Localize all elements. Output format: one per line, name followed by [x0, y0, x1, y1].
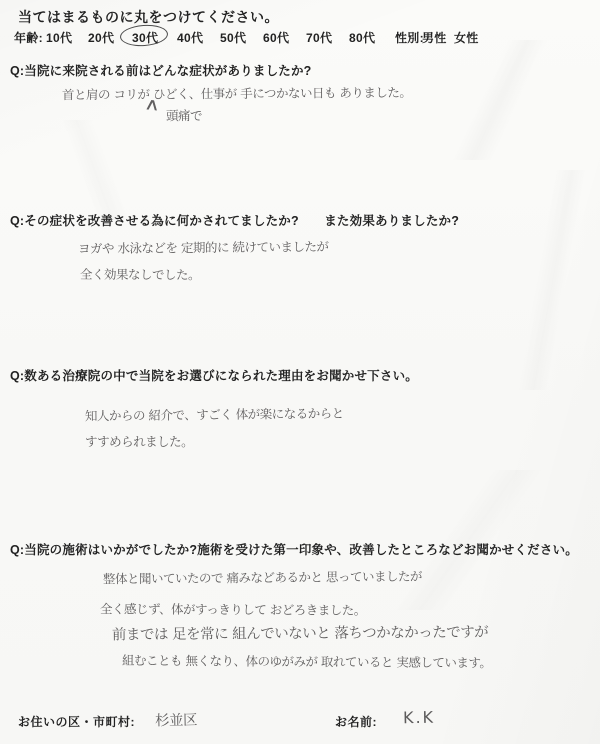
answer-1-handwritten-line-1: 首と肩の コリが ひどく、仕事が 手につかない日も ありました。 — [62, 84, 412, 104]
residence-label: お住いの区・市町村: — [18, 713, 135, 730]
answer-3-handwritten-line-2: すすめられました。 — [85, 433, 193, 451]
age-label: 年齢: — [14, 29, 43, 46]
answer-3-handwritten-line-1: 知人からの 紹介で、すごく 体が楽になるからと — [85, 405, 344, 426]
age-option-10s: 10代 — [46, 29, 72, 46]
answer-2-handwritten-line-2: 全く効果なしでした。 — [80, 266, 200, 285]
question-1-label: Q:当院に来院される前はどんな症状がありましたか? — [10, 61, 312, 79]
age-option-70s: 70代 — [306, 29, 332, 46]
paper-crease — [500, 170, 600, 390]
age-option-80s: 80代 — [349, 29, 375, 46]
scanned-questionnaire-form: 当てはまるものに丸をつけてください。 年齢: 10代 20代 30代 40代 5… — [0, 0, 600, 744]
insertion-caret-mark: ∧ — [143, 94, 161, 116]
answer-4-handwritten-line-3: 前までは 足を常に 組んでいないと 落ちつかなかったですが — [112, 624, 488, 645]
answer-1-insertion-text: 頭痛で — [166, 107, 202, 125]
name-label: お名前: — [335, 713, 377, 730]
paper-crease — [400, 40, 600, 160]
paper-crease — [0, 120, 180, 220]
age-option-60s: 60代 — [263, 29, 289, 46]
age-option-50s: 50代 — [220, 29, 246, 46]
question-2-label: Q:その症状を改善させる為に何かされてましたか? また効果ありましたか? — [10, 211, 459, 229]
answer-4-handwritten-line-1: 整体と聞いていたので 痛みなどあるかと 思っていましたが — [103, 568, 422, 589]
age-option-30s: 30代 — [132, 29, 158, 46]
gender-option-female: 女性 — [454, 29, 479, 46]
answer-4-handwritten-line-4: 組むことも 無くなり、体のゆがみが 取れていると 実感しています。 — [122, 652, 492, 673]
question-4-label: Q:当院の施術はいかがでしたか?施術を受けた第一印象や、改善したところなどお聞か… — [10, 540, 578, 558]
answer-4-handwritten-line-2: 全く感じず、体がすっきりして おどろきました。 — [100, 600, 366, 619]
gender-label: 性別: — [395, 29, 424, 46]
gender-option-male: 男性 — [422, 29, 447, 46]
answer-2-handwritten-line-1: ヨガや 水泳などを 定期的に 続けていましたが — [78, 238, 329, 258]
age-option-40s: 40代 — [177, 29, 203, 46]
name-value-handwritten: K.K — [403, 709, 435, 728]
question-3-label: Q:数ある治療院の中で当院をお選びになられた理由をお聞かせ下さい。 — [10, 366, 418, 384]
residence-value-handwritten: 杉並区 — [155, 712, 197, 731]
age-option-20s: 20代 — [88, 29, 114, 46]
